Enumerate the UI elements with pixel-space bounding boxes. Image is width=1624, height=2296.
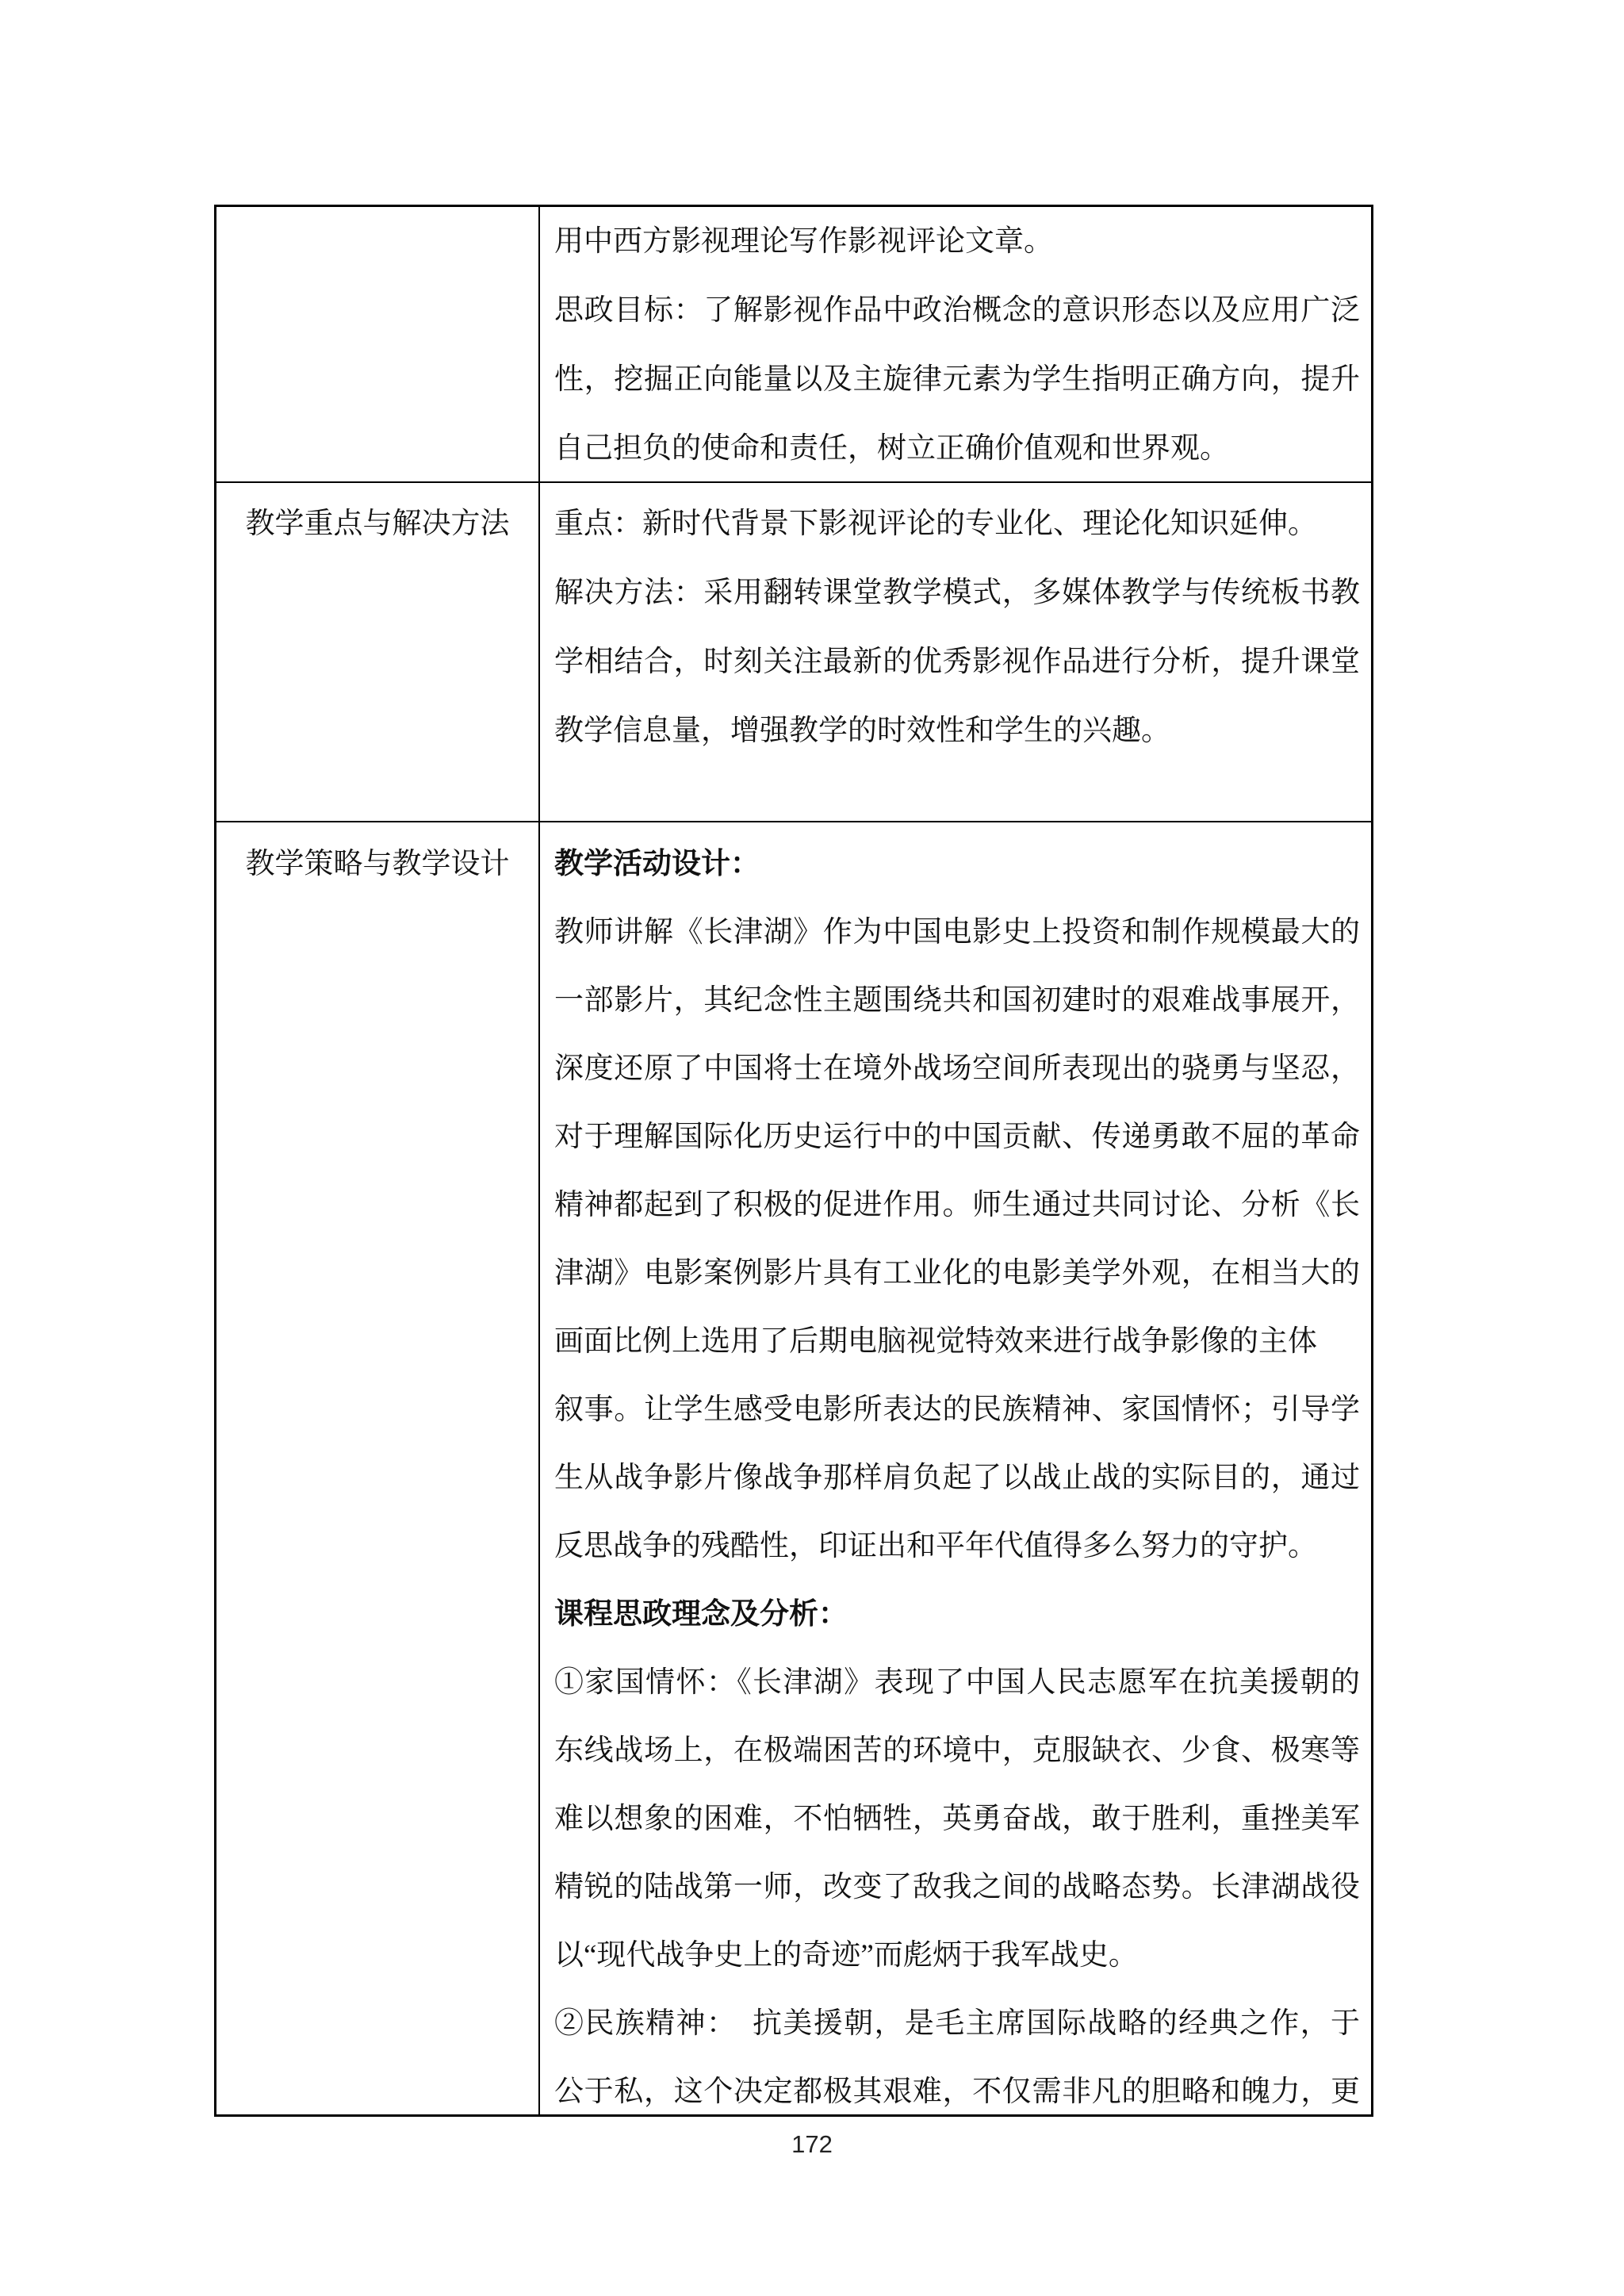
paragraph: 思政目标：了解影视作品中政治概念的意识形态以及应用广泛性，挖掘正向能量以及主旋律… [554, 276, 1360, 483]
text-line: 教师讲解《长津湖》作为中国电影史上投资和制作规模最大的 [554, 899, 1360, 967]
text-line: 学相结合，时刻关注最新的优秀影视作品进行分析，提升课堂 [554, 627, 1360, 696]
document-page: 用中西方影视理论写作影视评论文章。思政目标：了解影视作品中政治概念的意识形态以及… [0, 0, 1624, 2296]
text-line: 难以想象的困难，不怕牺牲，英勇奋战，敢于胜利，重挫美军 [554, 1785, 1360, 1853]
paragraph: ②民族精神： 抗美援朝，是毛主席国际战略的经典之作，于公于私，这个决定都极其艰难… [554, 1990, 1360, 2114]
text-line: ②民族精神： 抗美援朝，是毛主席国际战略的经典之作，于 [554, 1990, 1360, 2058]
table-cell-row3-label: 教学策略与教学设计 [216, 822, 540, 2114]
text-line: 津湖》电影案例影片具有工业化的电影美学外观，在相当大的 [554, 1240, 1360, 1308]
text-line: 深度还原了中国将士在境外战场空间所表现出的骁勇与坚忍， [554, 1035, 1360, 1103]
text-line: 思政目标：了解影视作品中政治概念的意识形态以及应用广泛 [554, 276, 1360, 345]
text-line: 叙事。让学生感受电影所表达的民族精神、家国情怀；引导学 [554, 1376, 1360, 1444]
text-line: 一部影片，其纪念性主题围绕共和国初建时的艰难战事展开， [554, 967, 1360, 1035]
table-cell-row2-content: 重点：新时代背景下影视评论的专业化、理论化知识延伸。解决方法：采用翻转课堂教学模… [540, 483, 1371, 822]
text-line: 性，挖掘正向能量以及主旋律元素为学生指明正确方向，提升 [554, 345, 1360, 414]
text-line: 以“现代战争史上的奇迹”而彪炳于我军战史。 [554, 1922, 1360, 1990]
text-line: 精锐的陆战第一师，改变了敌我之间的战略态势。长津湖战役 [554, 1853, 1360, 1922]
row-label-teaching-strategy: 教学策略与教学设计 [246, 848, 510, 880]
page-number: 172 [0, 2130, 1624, 2159]
text-line: 课程思政理念及分析： [554, 1581, 1360, 1649]
lesson-plan-table: 用中西方影视理论写作影视评论文章。思政目标：了解影视作品中政治概念的意识形态以及… [214, 205, 1373, 2117]
text-line: 生从战争影片像战争那样肩负起了以战止战的实际目的，通过 [554, 1444, 1360, 1512]
text-line: 教学活动设计： [554, 830, 1360, 899]
text-line: 教学信息量，增强教学的时效性和学生的兴趣。 [554, 696, 1360, 765]
paragraph: 解决方法：采用翻转课堂教学模式，多媒体教学与传统板书教学相结合，时刻关注最新的优… [554, 558, 1360, 765]
text-line: 公于私，这个决定都极其艰难，不仅需非凡的胆略和魄力，更 [554, 2058, 1360, 2114]
text-line: 解决方法：采用翻转课堂教学模式，多媒体教学与传统板书教 [554, 558, 1360, 627]
table-cell-row2-label: 教学重点与解决方法 [216, 483, 540, 822]
text-line: 反思战争的残酷性，印证出和平年代值得多么努力的守护。 [554, 1512, 1360, 1581]
table-cell-row3-content: 教学活动设计：教师讲解《长津湖》作为中国电影史上投资和制作规模最大的一部影片，其… [540, 822, 1371, 2114]
text-line: 自己担负的使命和责任，树立正确价值观和世界观。 [554, 414, 1360, 483]
paragraph: 教学活动设计： [554, 830, 1360, 899]
paragraph: ①家国情怀：《长津湖》表现了中国人民志愿军在抗美援朝的东线战场上，在极端困苦的环… [554, 1649, 1360, 1990]
text-line: 画面比例上选用了后期电脑视觉特效来进行战争影像的主体 [554, 1308, 1360, 1376]
text-line: ①家国情怀：《长津湖》表现了中国人民志愿军在抗美援朝的 [554, 1649, 1360, 1717]
text-line: 精神都起到了积极的促进作用。师生通过共同讨论、分析《长 [554, 1171, 1360, 1240]
text-line: 东线战场上，在极端困苦的环境中，克服缺衣、少食、极寒等 [554, 1717, 1360, 1785]
paragraph: 用中西方影视理论写作影视评论文章。 [554, 207, 1360, 276]
paragraph: 教师讲解《长津湖》作为中国电影史上投资和制作规模最大的一部影片，其纪念性主题围绕… [554, 899, 1360, 1581]
table-cell-row1-label [216, 207, 540, 483]
paragraph: 课程思政理念及分析： [554, 1581, 1360, 1649]
paragraph: 重点：新时代背景下影视评论的专业化、理论化知识延伸。 [554, 489, 1360, 558]
row-label-teaching-key-points: 教学重点与解决方法 [246, 508, 510, 540]
text-line: 重点：新时代背景下影视评论的专业化、理论化知识延伸。 [554, 489, 1360, 558]
text-line: 用中西方影视理论写作影视评论文章。 [554, 207, 1360, 276]
text-line: 对于理解国际化历史运行中的中国贡献、传递勇敢不屈的革命 [554, 1103, 1360, 1171]
table-cell-row1-content: 用中西方影视理论写作影视评论文章。思政目标：了解影视作品中政治概念的意识形态以及… [540, 207, 1371, 483]
